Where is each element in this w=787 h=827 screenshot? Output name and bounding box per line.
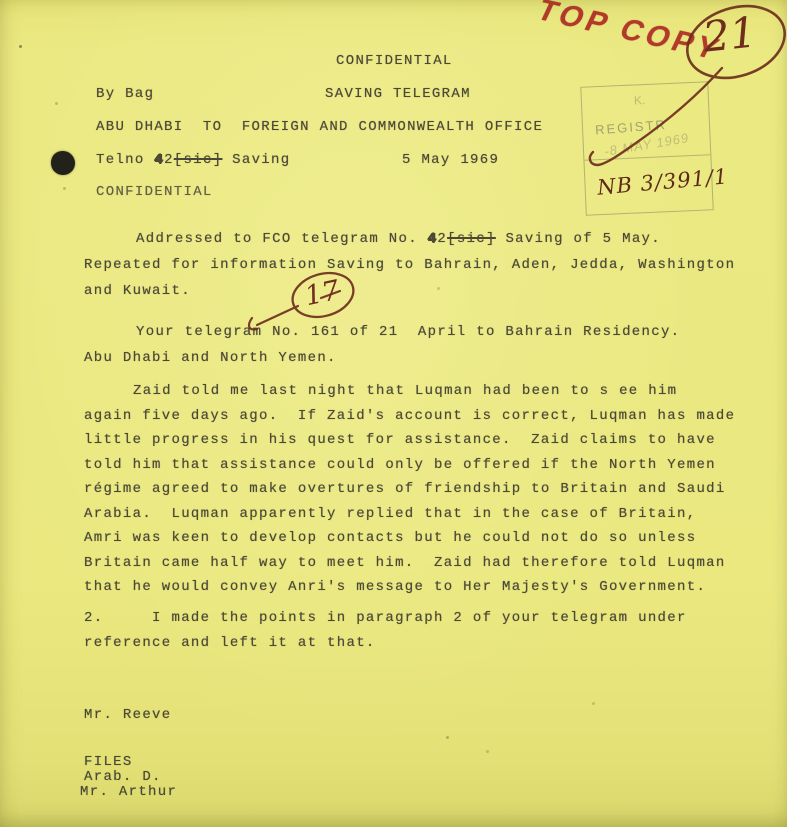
- telegram-type: SAVING TELEGRAM: [325, 86, 471, 103]
- distribution-mr-arthur: Mr. Arthur: [80, 784, 177, 801]
- transmission-method: By Bag: [96, 86, 154, 103]
- paper-speck: [63, 187, 66, 190]
- body-line: Arabia. Luqman apparently replied that i…: [84, 506, 696, 523]
- body-line: told him that assistance could only be o…: [84, 457, 716, 474]
- telegram-date: 5 May 1969: [402, 152, 499, 169]
- body-line-address-1: Addressed to FCO telegram No. 42[sic] Sa…: [136, 231, 661, 248]
- body-line-address-2: Repeated for information Saving to Bahra…: [84, 257, 735, 274]
- routing-line: ABU DHABI TO FOREIGN AND COMMONWEALTH OF…: [96, 119, 543, 136]
- telno-digit: 2: [164, 152, 174, 168]
- paper-speck: [437, 287, 440, 290]
- circled-folio-number: 21: [701, 7, 759, 61]
- telegram-page: CONFIDENTIAL By Bag SAVING TELEGRAM ABU …: [0, 0, 787, 827]
- body-line-para2-1: 2. I made the points in paragraph 2 of y…: [84, 610, 687, 627]
- hole-punch-mark: [51, 151, 75, 175]
- classification-top: CONFIDENTIAL: [336, 53, 453, 70]
- paper-speck: [55, 102, 58, 105]
- body-line: régime agreed to make overtures of frien…: [84, 481, 726, 498]
- paper-speck: [592, 702, 595, 705]
- address-digit: 2: [437, 231, 447, 247]
- body-line-reference-2: Abu Dhabi and North Yemen.: [84, 350, 337, 367]
- telno-suffix: Saving: [222, 152, 290, 168]
- paper-speck: [446, 736, 449, 739]
- body-line-reference-1: Your telegram No. 161 of 21 April to Bah…: [136, 324, 680, 341]
- body-line-para2-2: reference and left it at that.: [84, 635, 376, 652]
- circled-minute-number: 17: [302, 275, 342, 312]
- top-copy-marking: TOP COPY: [531, 0, 727, 67]
- body-line: little progress in his quest for assista…: [84, 432, 716, 449]
- telno-prefix: Telno: [96, 152, 154, 168]
- address-sic-note: [sic]: [447, 231, 496, 247]
- stamp-divider: [584, 154, 710, 160]
- telno-line: Telno 42[sic] Saving: [96, 152, 290, 169]
- body-line: Britain came half way to meet him. Zaid …: [84, 555, 726, 572]
- body-line: that he would convey Anri's message to H…: [84, 579, 706, 596]
- address-struck-digit: 4: [428, 231, 438, 247]
- body-line: again five days ago. If Zaid's account i…: [84, 408, 735, 425]
- body-line: Zaid told me last night that Luqman had …: [133, 383, 677, 400]
- body-line-address-3: and Kuwait.: [84, 283, 191, 300]
- body-line: Amri was keen to develop contacts but he…: [84, 530, 696, 547]
- paper-speck: [19, 45, 22, 48]
- telno-struck-digit: 4: [154, 152, 164, 168]
- address-post: Saving of 5 May.: [496, 231, 661, 247]
- address-pre: Addressed to FCO telegram No.: [136, 231, 428, 247]
- stamp-fragment: K.: [634, 93, 646, 107]
- addressee: Mr. Reeve: [84, 707, 172, 724]
- paper-speck: [486, 750, 489, 753]
- telno-sic-note: [sic]: [174, 152, 223, 168]
- classification-inner: CONFIDENTIAL: [96, 184, 213, 201]
